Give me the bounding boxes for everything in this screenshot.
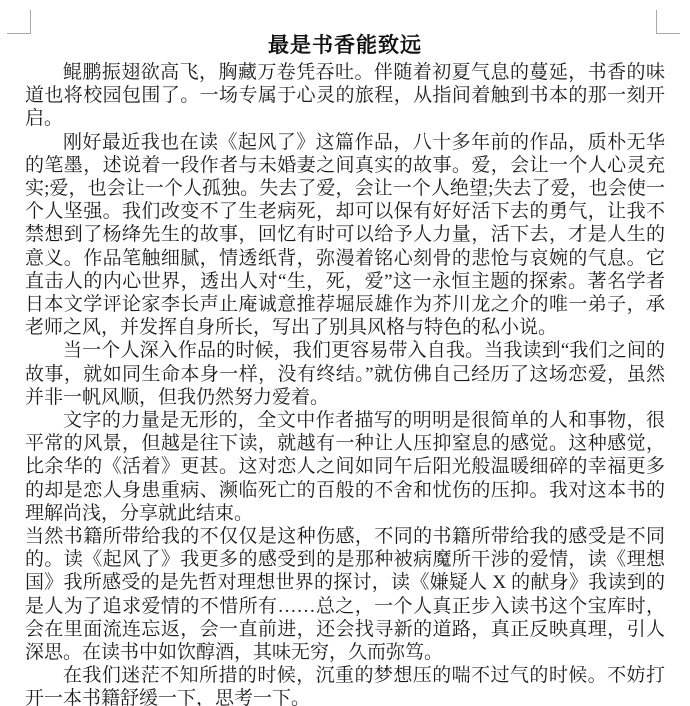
margin-crop-mark-top-right	[656, 10, 680, 34]
margin-crop-mark-top-left	[7, 10, 31, 34]
paragraph: 当一个人深入作品的时候，我们更容易带入自我。当我读到“我们之间的故事，就如同生命…	[25, 339, 665, 409]
paragraph: 当然书籍所带给我的不仅仅是这种伤感，不同的书籍所带给我的感受是不同的。读《起风了…	[25, 525, 665, 664]
paragraph: 鲲鹏振翅欲高飞，胸藏万卷凭吞吐。伴随着初夏气息的蔓延，书香的味道也将校园包围了。…	[25, 61, 665, 131]
paragraph: 刚好最近我也在读《起风了》这篇作品，八十多年前的作品，质朴无华的笔墨，述说着一段…	[25, 131, 665, 340]
paragraph: 文字的力量是无形的，全文中作者描写的明明是很简单的人和事物，很平常的风景，但越是…	[25, 409, 665, 525]
document-title: 最是书香能致远	[0, 0, 690, 58]
document-page: 最是书香能致远 鲲鹏振翅欲高飞，胸藏万卷凭吞吐。伴随着初夏气息的蔓延，书香的味道…	[0, 0, 690, 706]
paragraph: 在我们迷茫不知所措的时候，沉重的梦想压的喘不过气的时候。不妨打开一本书籍舒缓一下…	[25, 664, 665, 706]
document-body: 鲲鹏振翅欲高飞，胸藏万卷凭吞吐。伴随着初夏气息的蔓延，书香的味道也将校园包围了。…	[25, 61, 665, 706]
